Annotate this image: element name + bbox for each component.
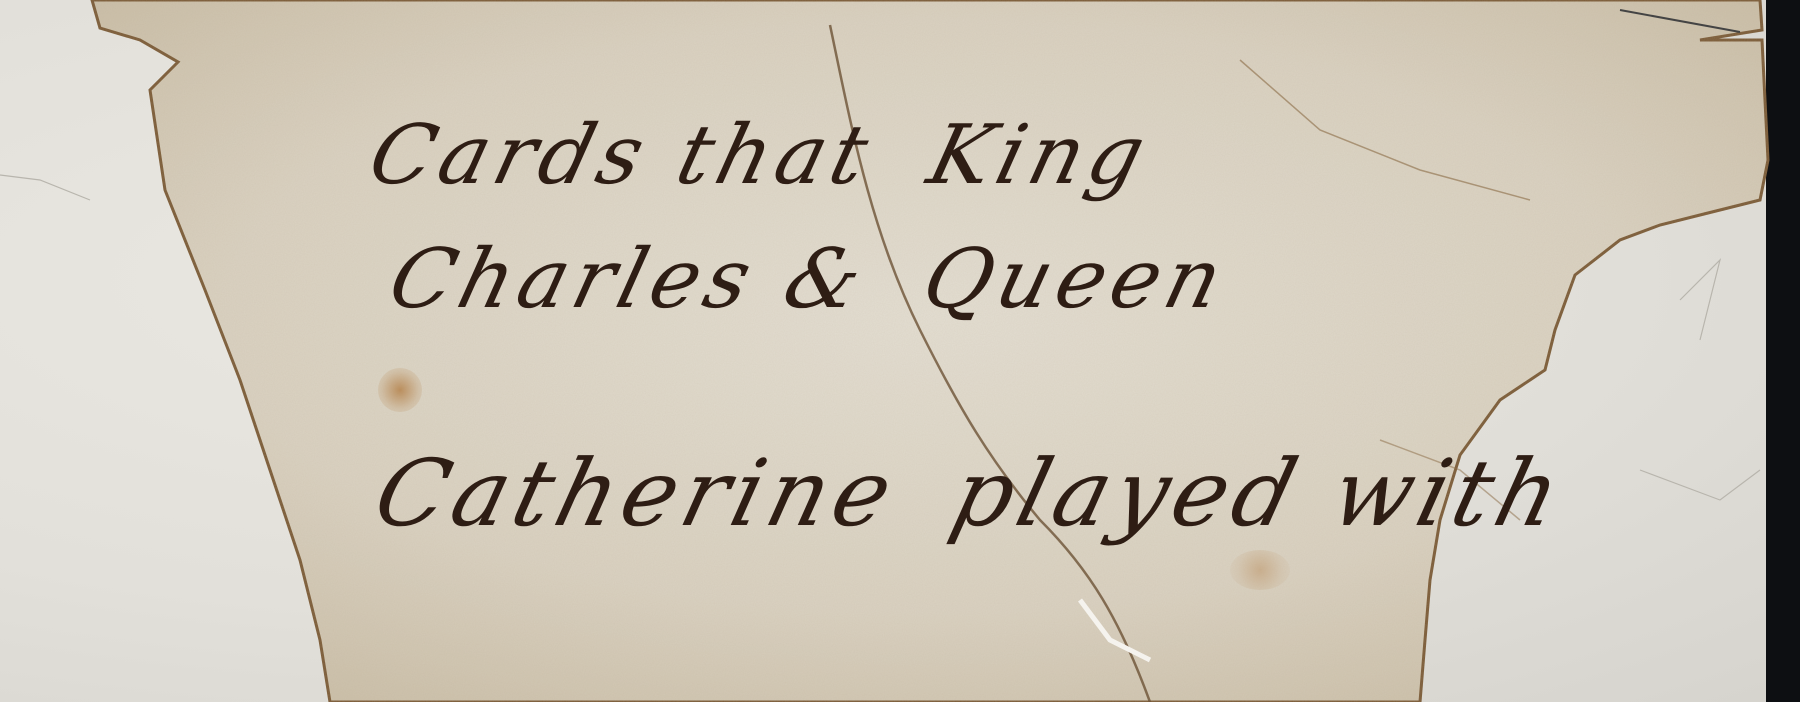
- ink-stain: [1230, 550, 1290, 590]
- inscription-text: King: [919, 108, 1159, 203]
- inscription-line-2: Charles &Queen: [380, 232, 1237, 327]
- inscription-text: Charles &: [380, 232, 877, 327]
- inscription-text: Queen: [914, 232, 1238, 327]
- inscription-line-3: Catherineplayed with: [365, 440, 1577, 547]
- backing-crack: [1640, 470, 1760, 500]
- inscription-text: played with: [942, 440, 1577, 547]
- photo-scene: Cards thatKing Charles &Queen Catherinep…: [0, 0, 1800, 702]
- ink-stain: [378, 368, 422, 412]
- backing-crack: [1680, 260, 1720, 340]
- inscription-line-1: Cards thatKing: [360, 108, 1160, 203]
- torn-paper-fragment: [0, 0, 1800, 702]
- inscription-text: Cards that: [360, 108, 883, 203]
- backing-crack: [0, 175, 90, 200]
- inscription-text: Catherine: [365, 440, 909, 547]
